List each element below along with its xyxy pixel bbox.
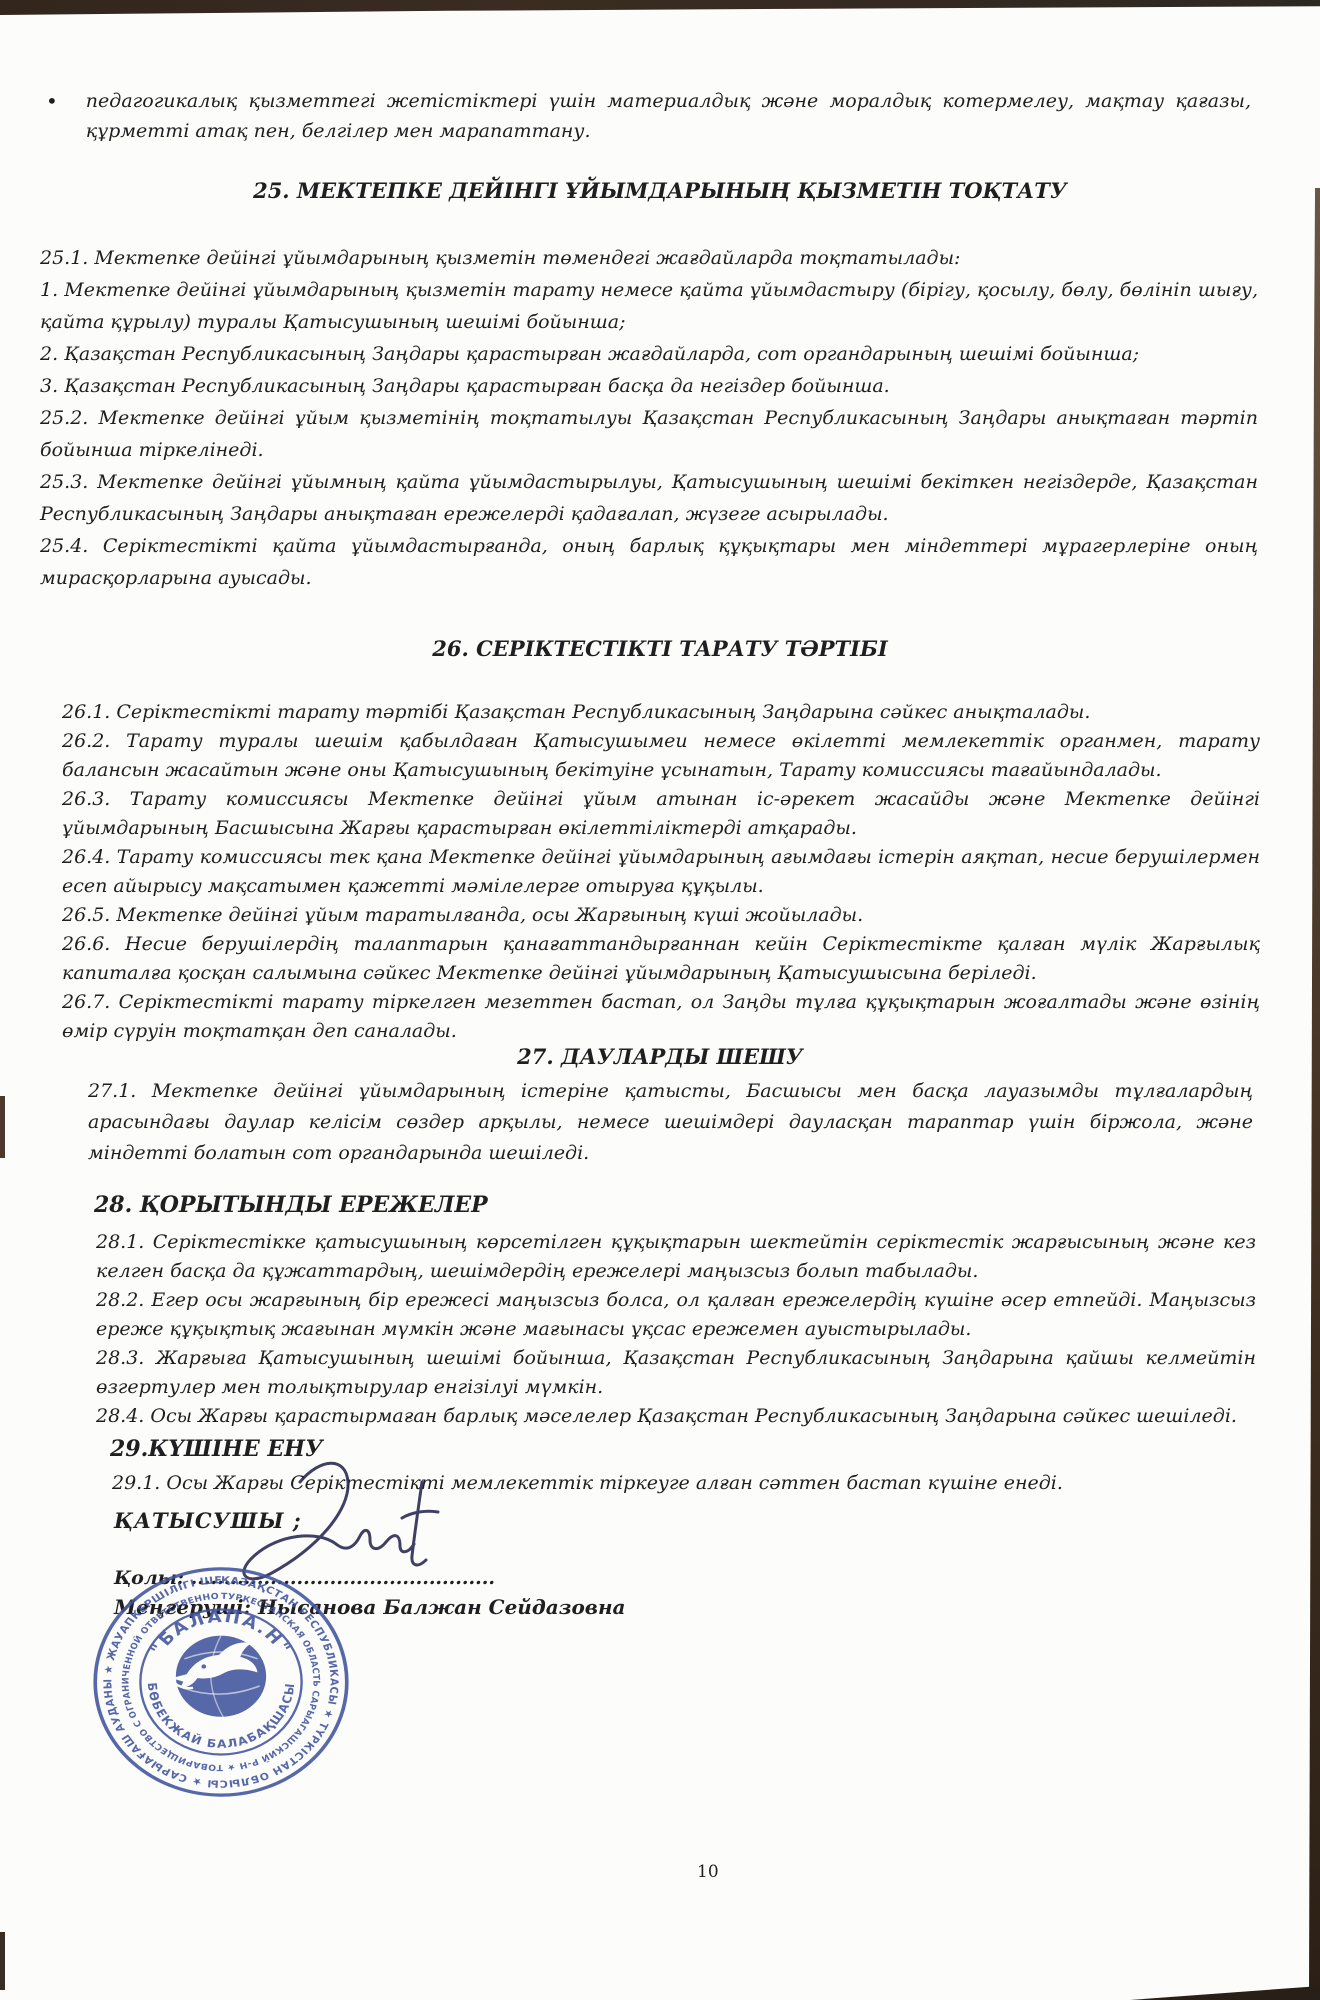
paragraph: 27.1. Мектепке дейінгі ұйымдарының істер… [88, 1076, 1253, 1169]
paragraph: 25.3. Мектепке дейінгі ұйымның қайта ұйы… [40, 466, 1258, 530]
scan-bottom-left-artifact [0, 1932, 5, 1990]
scan-bottom-right-artifact [1130, 1986, 1320, 2000]
paragraph: 26.6. Несие берушілердің талаптарын қана… [62, 930, 1260, 988]
intro-bullet-text: педагогикалық қызметтегі жетістіктері үш… [86, 86, 1251, 146]
paragraph: 28.3. Жарғыға Қатысушының шешімі бойынша… [96, 1344, 1256, 1402]
dove-globe-emblem [172, 1636, 267, 1717]
organization-stamp: ҚАЗАҚСТАН РЕСПУБЛИКАСЫ ★ ТҮРКІСТАН ОБЛЫС… [92, 1566, 350, 1798]
scan-left-edge-artifact [0, 1096, 5, 1158]
paragraph: 26.5. Мектепке дейінгі ұйым таратылғанда… [62, 901, 1260, 930]
paragraph: 26.1. Серіктестікті тарату тәртібі Қазақ… [62, 698, 1260, 727]
intro-bullet-row: • педагогикалық қызметтегі жетістіктері … [46, 86, 1251, 146]
paragraph: 26.7. Серіктестікті тарату тіркелген мез… [62, 988, 1260, 1046]
paragraph: 25.2. Мектепке дейінгі ұйым қызметінің т… [40, 402, 1258, 466]
section-28-body: 28.1. Серіктестікке қатысушының көрсетіл… [96, 1228, 1256, 1431]
paragraph: 28.4. Осы Жарғы қарастырмаған барлық мәс… [96, 1402, 1256, 1431]
paragraph: 3. Қазақстан Республикасының Заңдары қар… [40, 370, 1258, 402]
bullet-icon: • [46, 86, 58, 146]
paragraph: 25.4. Серіктестікті қайта ұйымдастырғанд… [40, 530, 1258, 594]
section-27-body: 27.1. Мектепке дейінгі ұйымдарының істер… [88, 1076, 1253, 1169]
section-26-body: 26.1. Серіктестікті тарату тәртібі Қазақ… [62, 698, 1260, 1046]
scan-top-edge-artifact [0, 0, 1320, 15]
section-26-title: 26. СЕРІКТЕСТІКТІ ТАРАТУ ТӘРТІБІ [0, 636, 1320, 661]
paragraph: 25.1. Мектепке дейінгі ұйымдарының қызме… [40, 242, 1258, 274]
document-page: • педагогикалық қызметтегі жетістіктері … [0, 0, 1320, 2000]
section-25-body: 25.1. Мектепке дейінгі ұйымдарының қызме… [40, 242, 1258, 594]
scan-right-edge-artifact [1309, 188, 1320, 2000]
paragraph: 1. Мектепке дейінгі ұйымдарының қызметін… [40, 274, 1258, 338]
paragraph: 28.2. Егер осы жарғының бір ережесі маңы… [96, 1286, 1256, 1344]
section-25-title: 25. МЕКТЕПКЕ ДЕЙІНГІ ҰЙЫМДАРЫНЫҢ ҚЫЗМЕТІ… [0, 178, 1320, 203]
page-number: 10 [697, 1862, 719, 1882]
paragraph: 2. Қазақстан Республикасының Заңдары қар… [40, 338, 1258, 370]
paragraph: 26.2. Тарату туралы шешім қабылдаған Қат… [62, 727, 1260, 785]
paragraph: 28.1. Серіктестікке қатысушының көрсетіл… [96, 1228, 1256, 1286]
section-27-title: 27. ДАУЛАРДЫ ШЕШУ [0, 1044, 1320, 1069]
paragraph: 26.4. Тарату комиссиясы тек қана Мектепк… [62, 843, 1260, 901]
paragraph: 26.3. Тарату комиссиясы Мектепке дейінгі… [62, 785, 1260, 843]
section-28-title: 28. ҚОРЫТЫНДЫ ЕРЕЖЕЛЕР [94, 1192, 488, 1218]
